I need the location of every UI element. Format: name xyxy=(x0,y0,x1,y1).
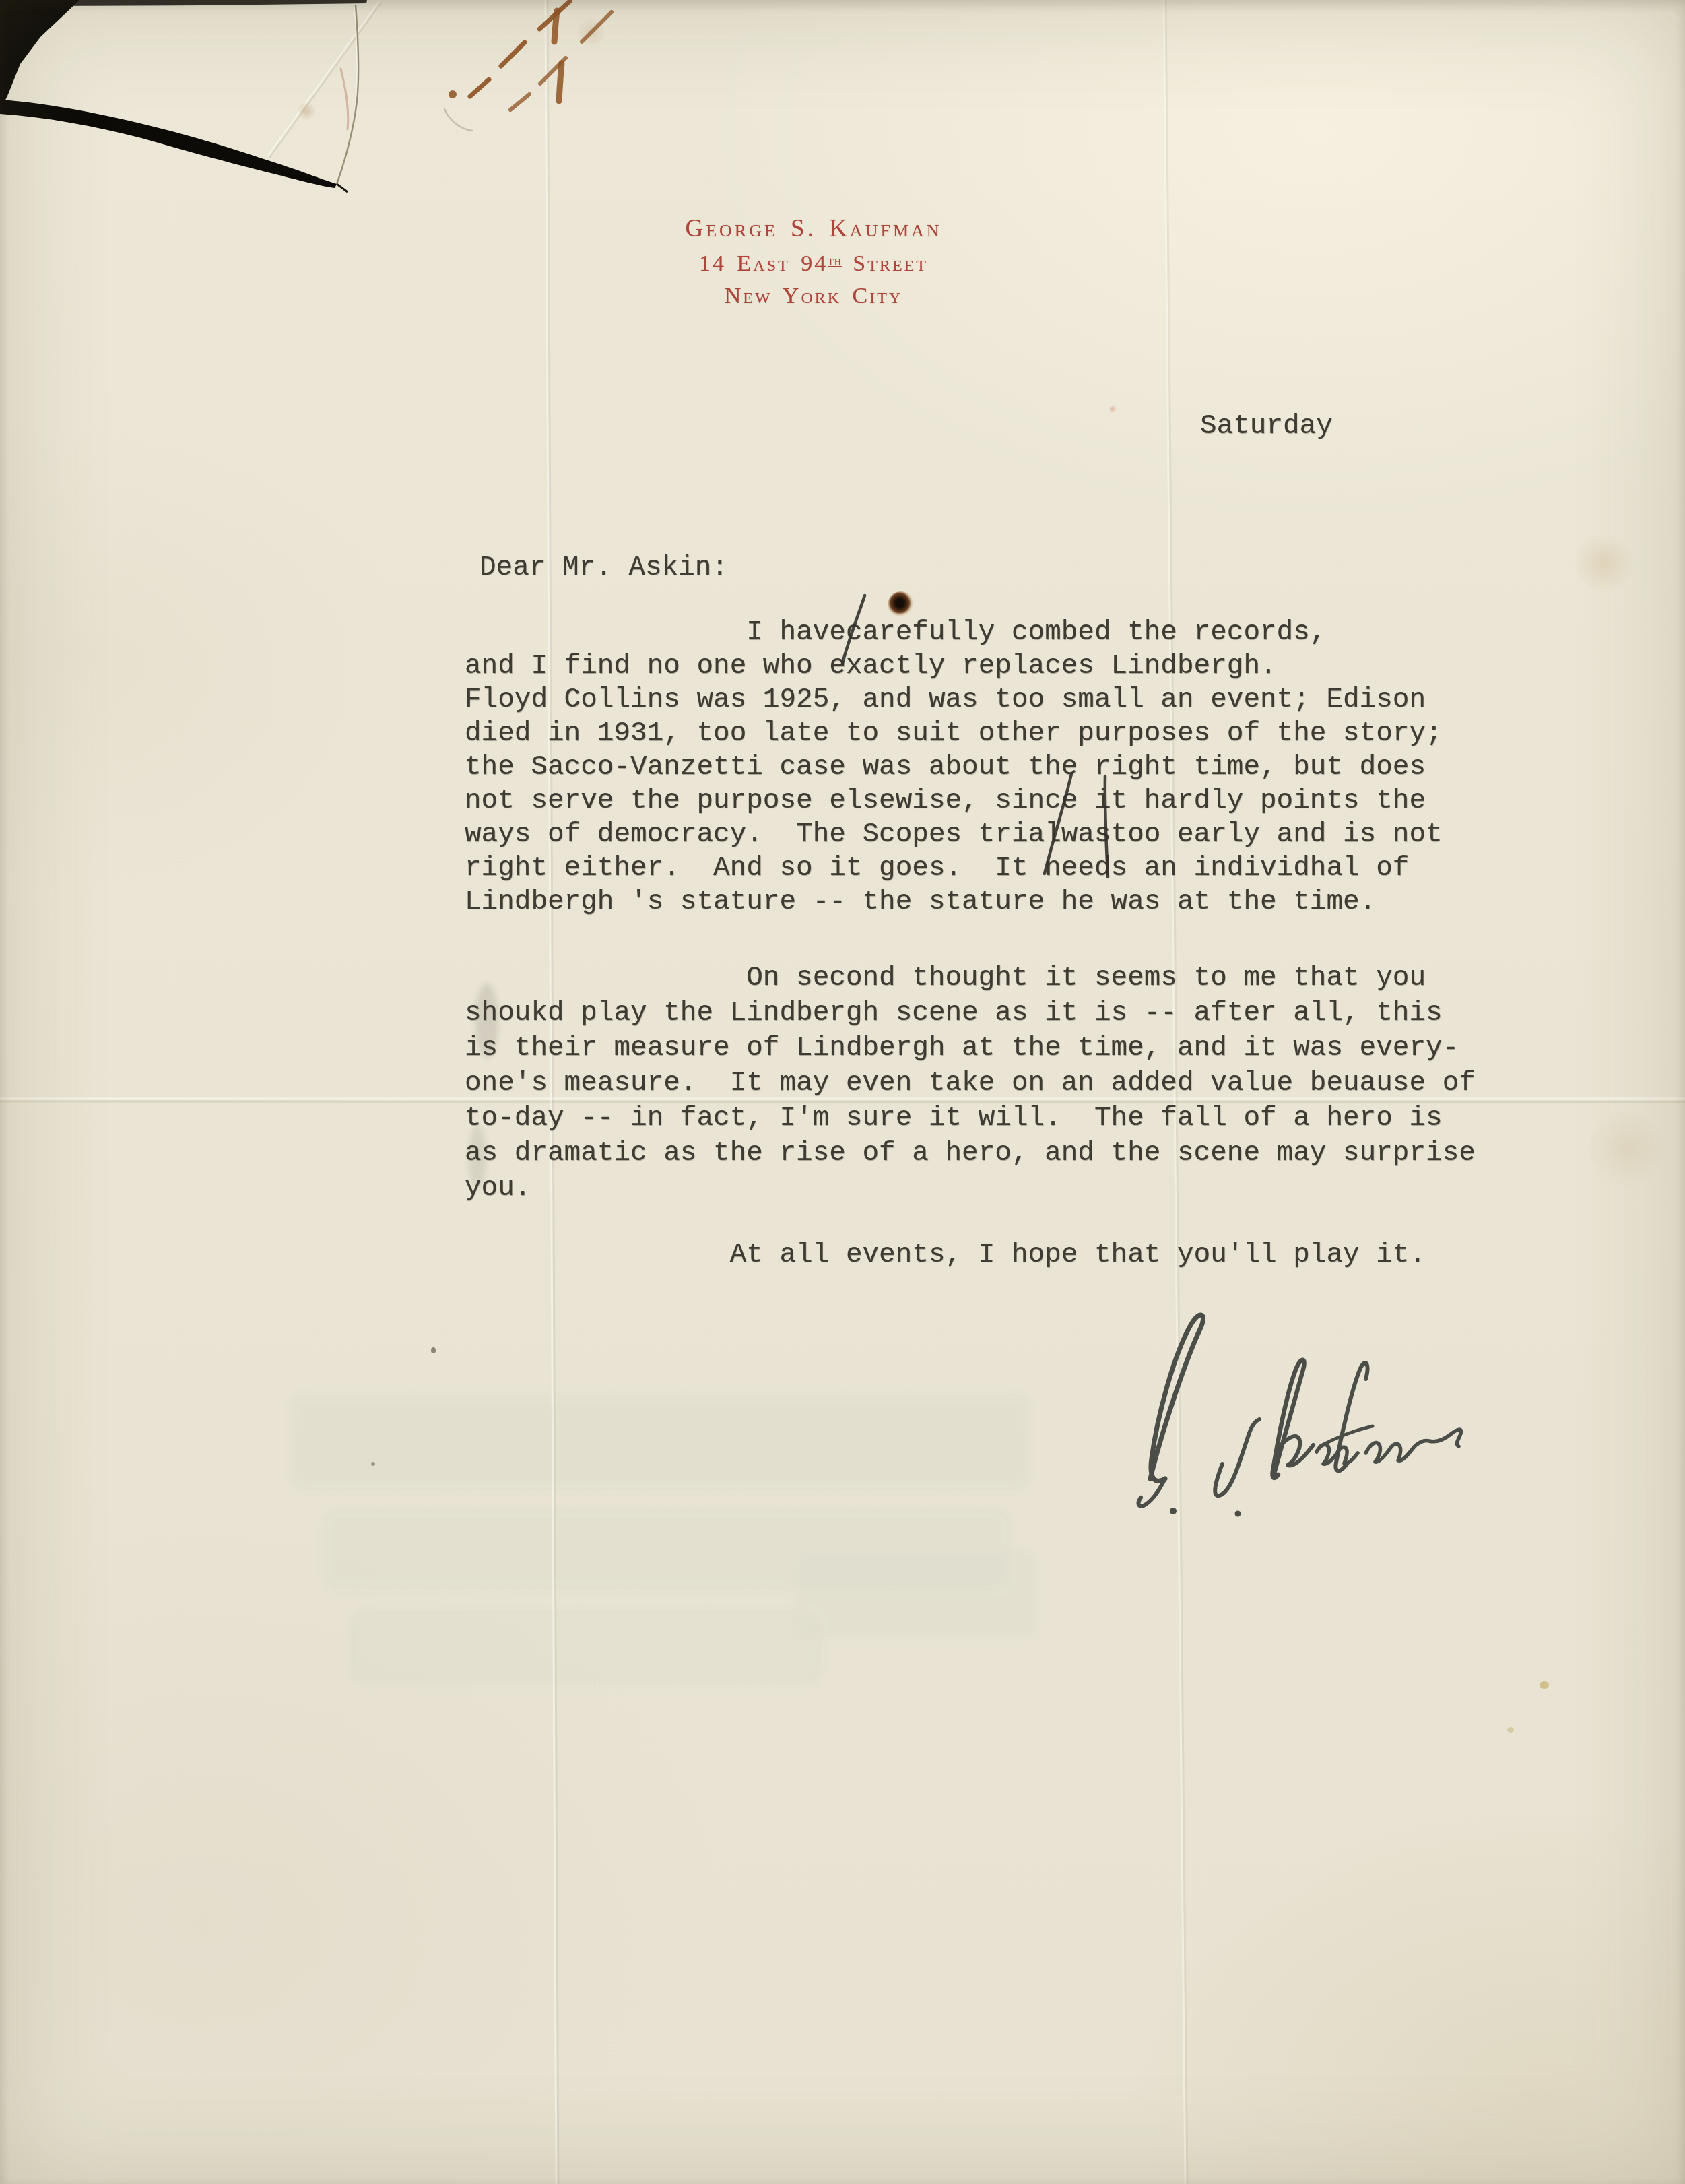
letterhead: George S. Kaufman 14 East 94th Street Ne… xyxy=(685,213,941,313)
date-line: Saturday xyxy=(1200,411,1333,442)
letterhead-name: George S. Kaufman xyxy=(685,213,941,245)
letterhead-street-prefix: 14 East 94 xyxy=(699,251,828,276)
letterhead-street-ordinal: th xyxy=(828,254,842,269)
letterhead-city: New York City xyxy=(685,280,941,313)
closing-line: At all events, I hope that you'll play i… xyxy=(465,1240,1426,1271)
scanned-letter-page: George S. Kaufman 14 East 94th Street Ne… xyxy=(0,0,1685,2184)
body-paragraph-2: On second thought it seems to me that yo… xyxy=(465,961,1476,1206)
letterhead-street: 14 East 94th Street xyxy=(685,245,941,280)
letterhead-street-suffix: Street xyxy=(842,251,928,276)
burn-spot xyxy=(888,591,915,617)
salutation: Dear Mr. Askin: xyxy=(480,552,728,583)
body-paragraph-1: I havecarefully combed the records, and … xyxy=(465,616,1443,919)
